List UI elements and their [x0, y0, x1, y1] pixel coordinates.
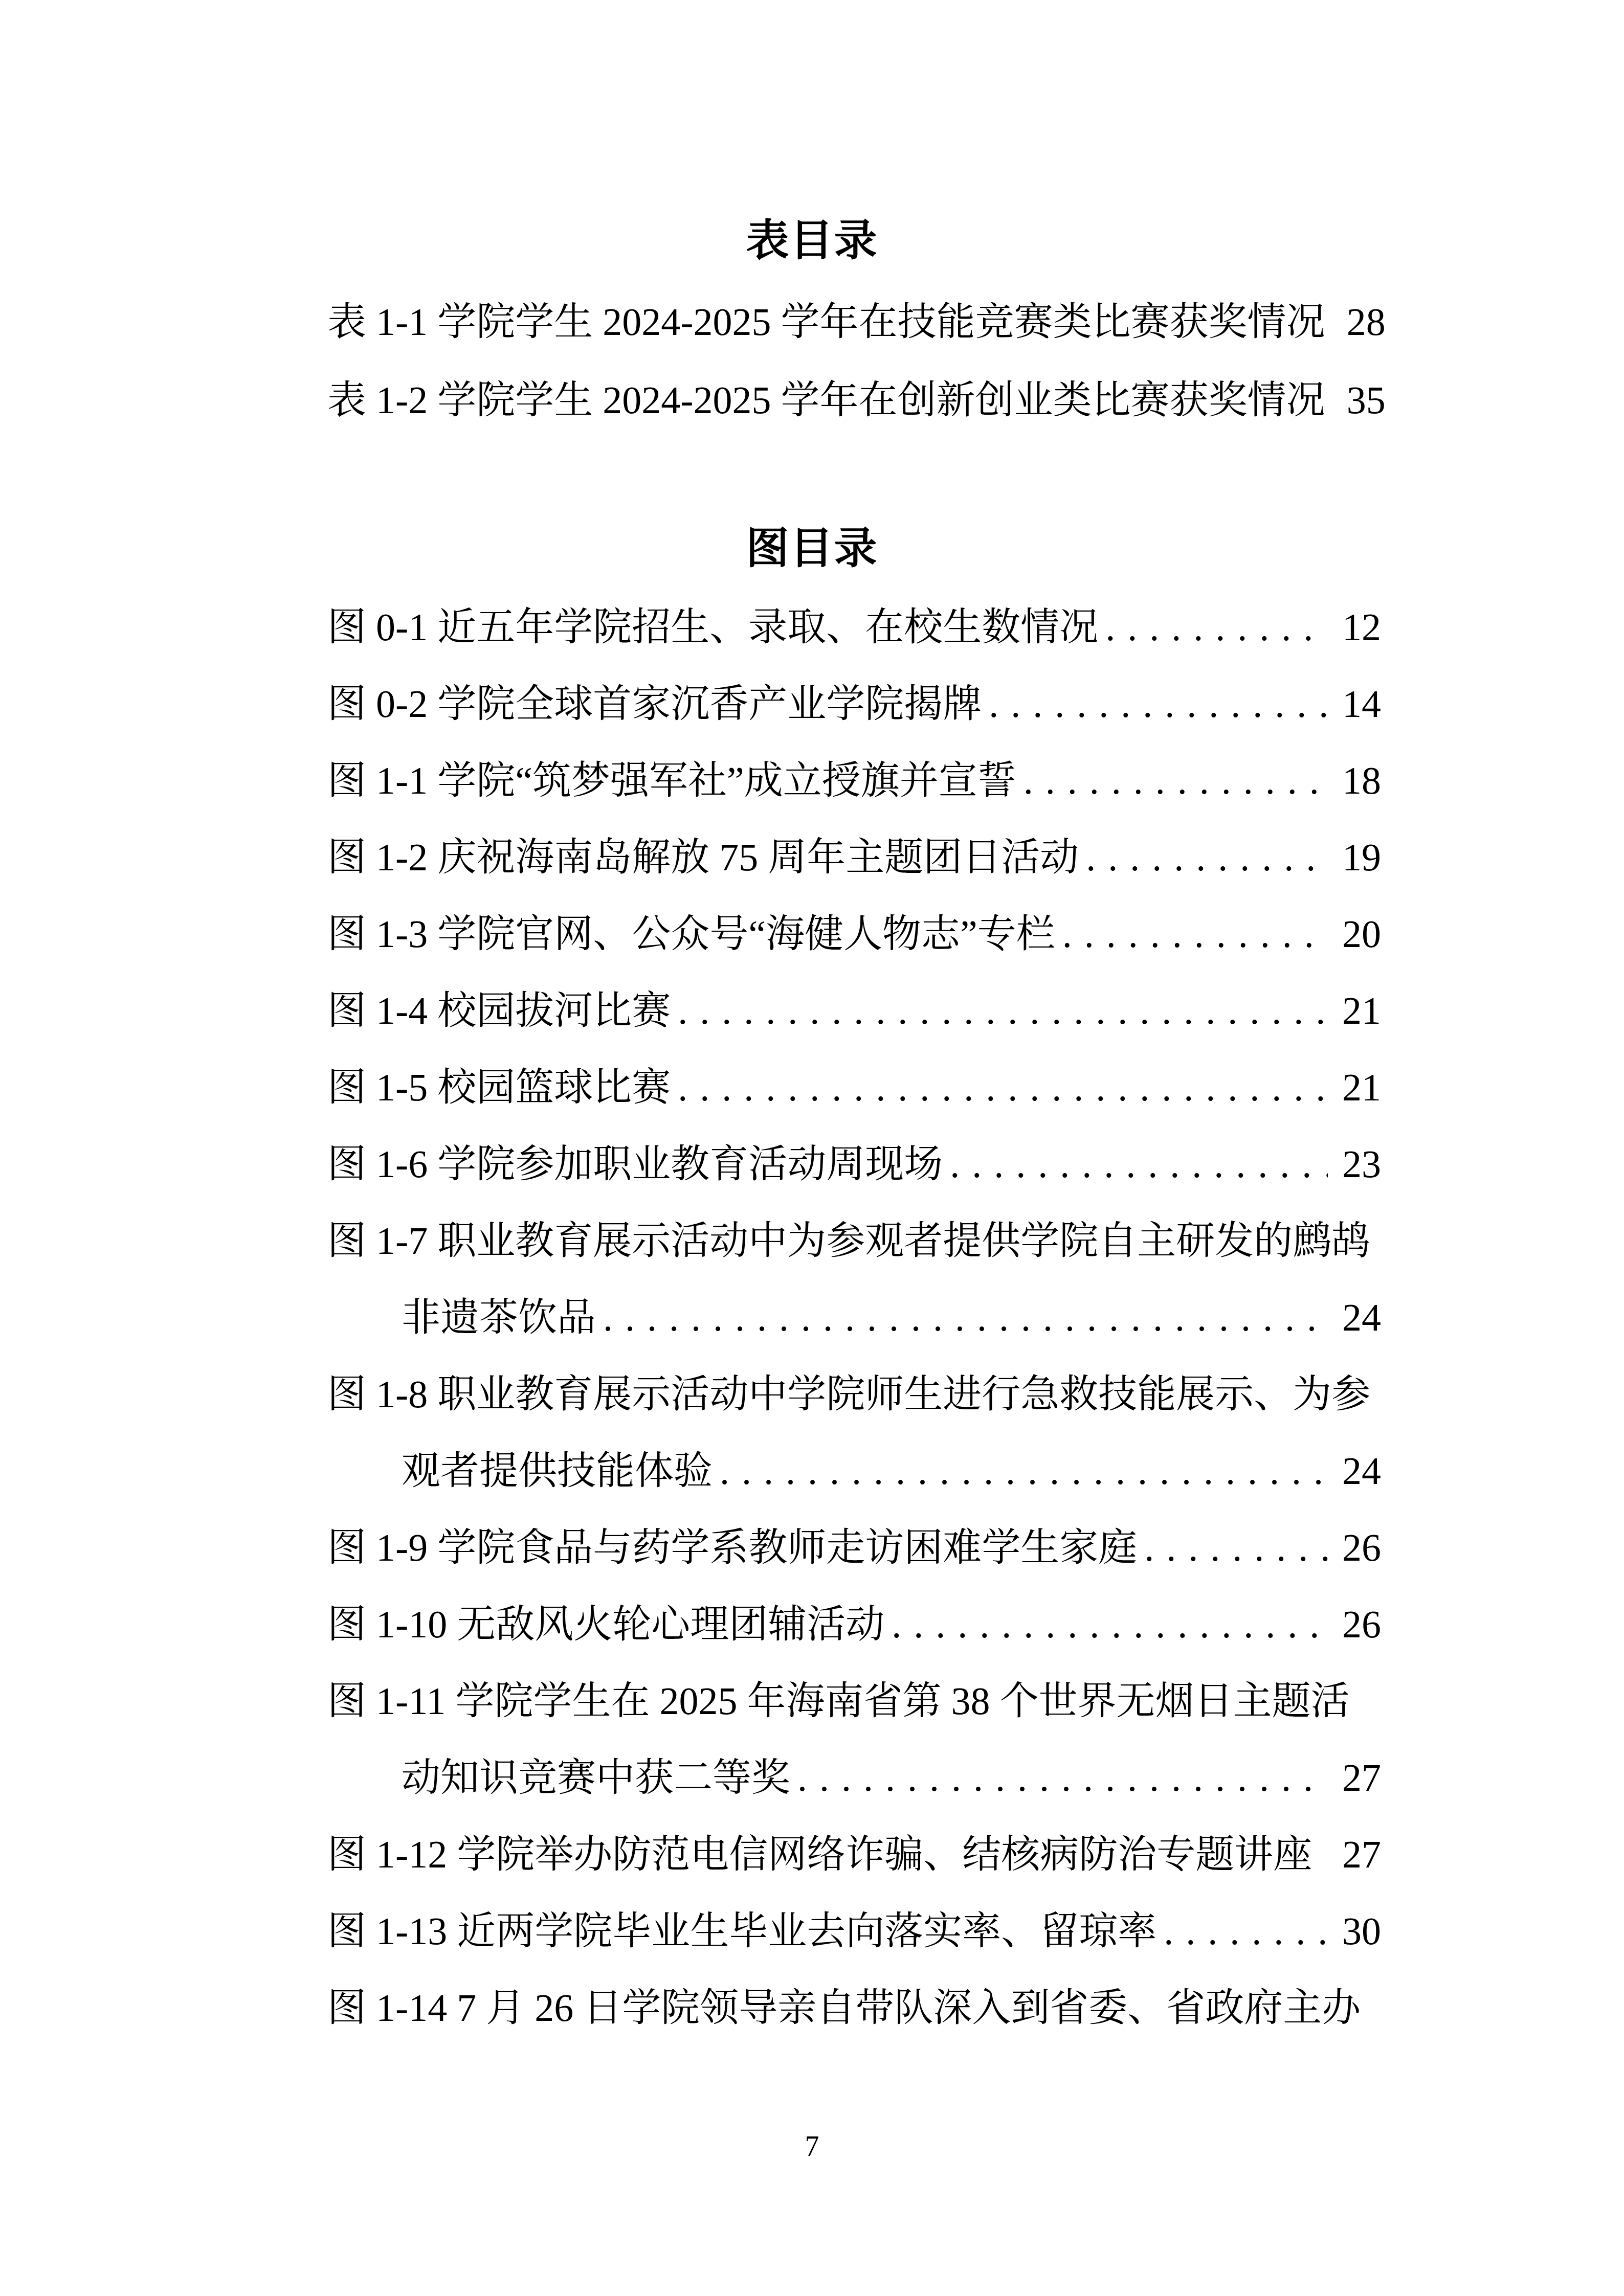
dot-leader	[950, 1126, 1328, 1203]
toc-entry-text: 图 1-4 校园拔河比赛	[327, 973, 671, 1049]
toc-entry-figure-1-6[interactable]: 图 1-6 学院参加职业教育活动周现场 23	[327, 1126, 1381, 1203]
toc-entry-page: 26	[1342, 1510, 1381, 1586]
toc-entry-figure-1-8-line1[interactable]: 图 1-8 职业教育展示活动中学院师生进行急救技能展示、为参	[327, 1356, 1381, 1433]
toc-entry-figure-1-11-line1[interactable]: 图 1-11 学院学生在 2025 年海南省第 38 个世界无烟日主题活	[327, 1663, 1381, 1740]
toc-entry-page: 23	[1342, 1126, 1381, 1203]
dot-leader	[603, 1279, 1328, 1356]
table-of-tables-heading: 表目录	[0, 219, 1624, 262]
page-number: 7	[0, 2132, 1624, 2161]
toc-entry-text: 图 1-6 学院参加职业教育活动周现场	[327, 1126, 943, 1203]
toc-entry-text: 图 0-2 学院全球首家沉香产业学院揭牌	[327, 666, 982, 742]
toc-entry-page: 24	[1342, 1279, 1381, 1356]
dot-leader	[797, 1740, 1328, 1816]
toc-entry-page: 20	[1342, 896, 1381, 973]
toc-entry-text: 非遗茶饮品	[327, 1279, 596, 1356]
toc-entry-page: 30	[1342, 1893, 1381, 1970]
dot-leader	[720, 1433, 1328, 1510]
toc-entry-text: 图 1-1 学院“筑梦强军社”成立授旗并宣誓	[327, 742, 1016, 819]
toc-entry-text: 表 1-1 学院学生 2024-2025 学年在技能竞赛类比赛获奖情况	[327, 283, 1325, 362]
dot-leader	[989, 666, 1328, 742]
dot-leader	[1164, 1893, 1328, 1970]
toc-entry-text: 图 1-14 7 月 26 日学院领导亲自带队深入到省委、省政府主办	[327, 1970, 1361, 2046]
dot-leader	[1024, 742, 1328, 819]
table-of-figures-list: 图 0-1 近五年学院招生、录取、在校生数情况 12 图 0-2 学院全球首家沉…	[327, 589, 1381, 2046]
toc-entry-text: 表 1-2 学院学生 2024-2025 学年在创新创业类比赛获奖情况	[327, 362, 1325, 440]
toc-entry-figure-1-12[interactable]: 图 1-12 学院举办防范电信网络诈骗、结核病防治专题讲座 27	[327, 1816, 1381, 1893]
toc-entry-text: 图 1-7 职业教育展示活动中为参观者提供学院自主研发的鹧鸪	[327, 1203, 1370, 1279]
document-page: 表目录 表 1-1 学院学生 2024-2025 学年在技能竞赛类比赛获奖情况 …	[0, 0, 1624, 2296]
dot-leader	[1086, 819, 1328, 896]
dot-leader	[678, 973, 1328, 1049]
toc-entry-table-1-2[interactable]: 表 1-2 学院学生 2024-2025 学年在创新创业类比赛获奖情况 35	[327, 362, 1381, 440]
dot-leader	[892, 1586, 1328, 1663]
toc-entry-text: 图 1-5 校园篮球比赛	[327, 1049, 671, 1126]
toc-entry-text: 图 1-8 职业教育展示活动中学院师生进行急救技能展示、为参	[327, 1356, 1370, 1433]
toc-entry-figure-1-1[interactable]: 图 1-1 学院“筑梦强军社”成立授旗并宣誓 18	[327, 742, 1381, 819]
toc-entry-text: 动知识竞赛中获二等奖	[327, 1740, 790, 1816]
toc-entry-figure-1-11-line2[interactable]: 动知识竞赛中获二等奖 27	[327, 1740, 1381, 1816]
toc-entry-page: 24	[1342, 1433, 1381, 1510]
toc-entry-figure-1-13[interactable]: 图 1-13 近两学院毕业生毕业去向落实率、留琼率 30	[327, 1893, 1381, 1970]
toc-entry-figure-1-5[interactable]: 图 1-5 校园篮球比赛 21	[327, 1049, 1381, 1126]
toc-entry-figure-1-2[interactable]: 图 1-2 庆祝海南岛解放 75 周年主题团日活动 19	[327, 819, 1381, 896]
toc-entry-text: 图 1-13 近两学院毕业生毕业去向落实率、留琼率	[327, 1893, 1156, 1970]
table-of-figures-heading: 图目录	[0, 527, 1624, 570]
toc-entry-figure-0-1[interactable]: 图 0-1 近五年学院招生、录取、在校生数情况 12	[327, 589, 1381, 666]
toc-entry-figure-1-7-line2[interactable]: 非遗茶饮品 24	[327, 1279, 1381, 1356]
toc-entry-page: 27	[1342, 1816, 1381, 1893]
toc-entry-page: 21	[1342, 973, 1381, 1049]
toc-entry-table-1-1[interactable]: 表 1-1 学院学生 2024-2025 学年在技能竞赛类比赛获奖情况 28	[327, 283, 1381, 362]
toc-entry-text: 图 1-2 庆祝海南岛解放 75 周年主题团日活动	[327, 819, 1079, 896]
toc-entry-text: 图 1-10 无敌风火轮心理团辅活动	[327, 1586, 884, 1663]
toc-entry-figure-1-4[interactable]: 图 1-4 校园拔河比赛 21	[327, 973, 1381, 1049]
dot-leader	[1105, 589, 1328, 666]
toc-entry-figure-1-3[interactable]: 图 1-3 学院官网、公众号“海健人物志”专栏 20	[327, 896, 1381, 973]
toc-entry-page: 21	[1342, 1049, 1381, 1126]
toc-entry-page: 19	[1342, 819, 1381, 896]
toc-entry-page: 28	[1347, 283, 1386, 362]
toc-entry-text: 图 1-9 学院食品与药学系教师走访困难学生家庭	[327, 1510, 1137, 1586]
toc-entry-text: 图 1-12 学院举办防范电信网络诈骗、结核病防治专题讲座	[327, 1816, 1312, 1893]
toc-entry-page: 27	[1342, 1740, 1381, 1816]
dot-leader	[1062, 896, 1328, 973]
dot-leader	[1144, 1510, 1328, 1586]
toc-entry-text: 图 1-11 学院学生在 2025 年海南省第 38 个世界无烟日主题活	[327, 1663, 1350, 1740]
toc-entry-page: 26	[1342, 1586, 1381, 1663]
toc-entry-page: 35	[1347, 362, 1386, 440]
dot-leader	[678, 1049, 1328, 1126]
toc-entry-page: 18	[1342, 742, 1381, 819]
toc-entry-figure-1-10[interactable]: 图 1-10 无敌风火轮心理团辅活动 26	[327, 1586, 1381, 1663]
toc-entry-figure-1-9[interactable]: 图 1-9 学院食品与药学系教师走访困难学生家庭 26	[327, 1510, 1381, 1586]
toc-entry-figure-1-14-line1[interactable]: 图 1-14 7 月 26 日学院领导亲自带队深入到省委、省政府主办	[327, 1970, 1381, 2046]
toc-entry-figure-1-8-line2[interactable]: 观者提供技能体验 24	[327, 1433, 1381, 1510]
toc-entry-figure-1-7-line1[interactable]: 图 1-7 职业教育展示活动中为参观者提供学院自主研发的鹧鸪	[327, 1203, 1381, 1279]
toc-entry-text: 观者提供技能体验	[327, 1433, 713, 1510]
table-of-tables-list: 表 1-1 学院学生 2024-2025 学年在技能竞赛类比赛获奖情况 28 表…	[327, 283, 1381, 440]
toc-entry-page: 14	[1342, 666, 1381, 742]
toc-entry-page: 12	[1342, 589, 1381, 666]
toc-entry-figure-0-2[interactable]: 图 0-2 学院全球首家沉香产业学院揭牌 14	[327, 666, 1381, 742]
toc-entry-text: 图 0-1 近五年学院招生、录取、在校生数情况	[327, 589, 1098, 666]
toc-entry-text: 图 1-3 学院官网、公众号“海健人物志”专栏	[327, 896, 1055, 973]
